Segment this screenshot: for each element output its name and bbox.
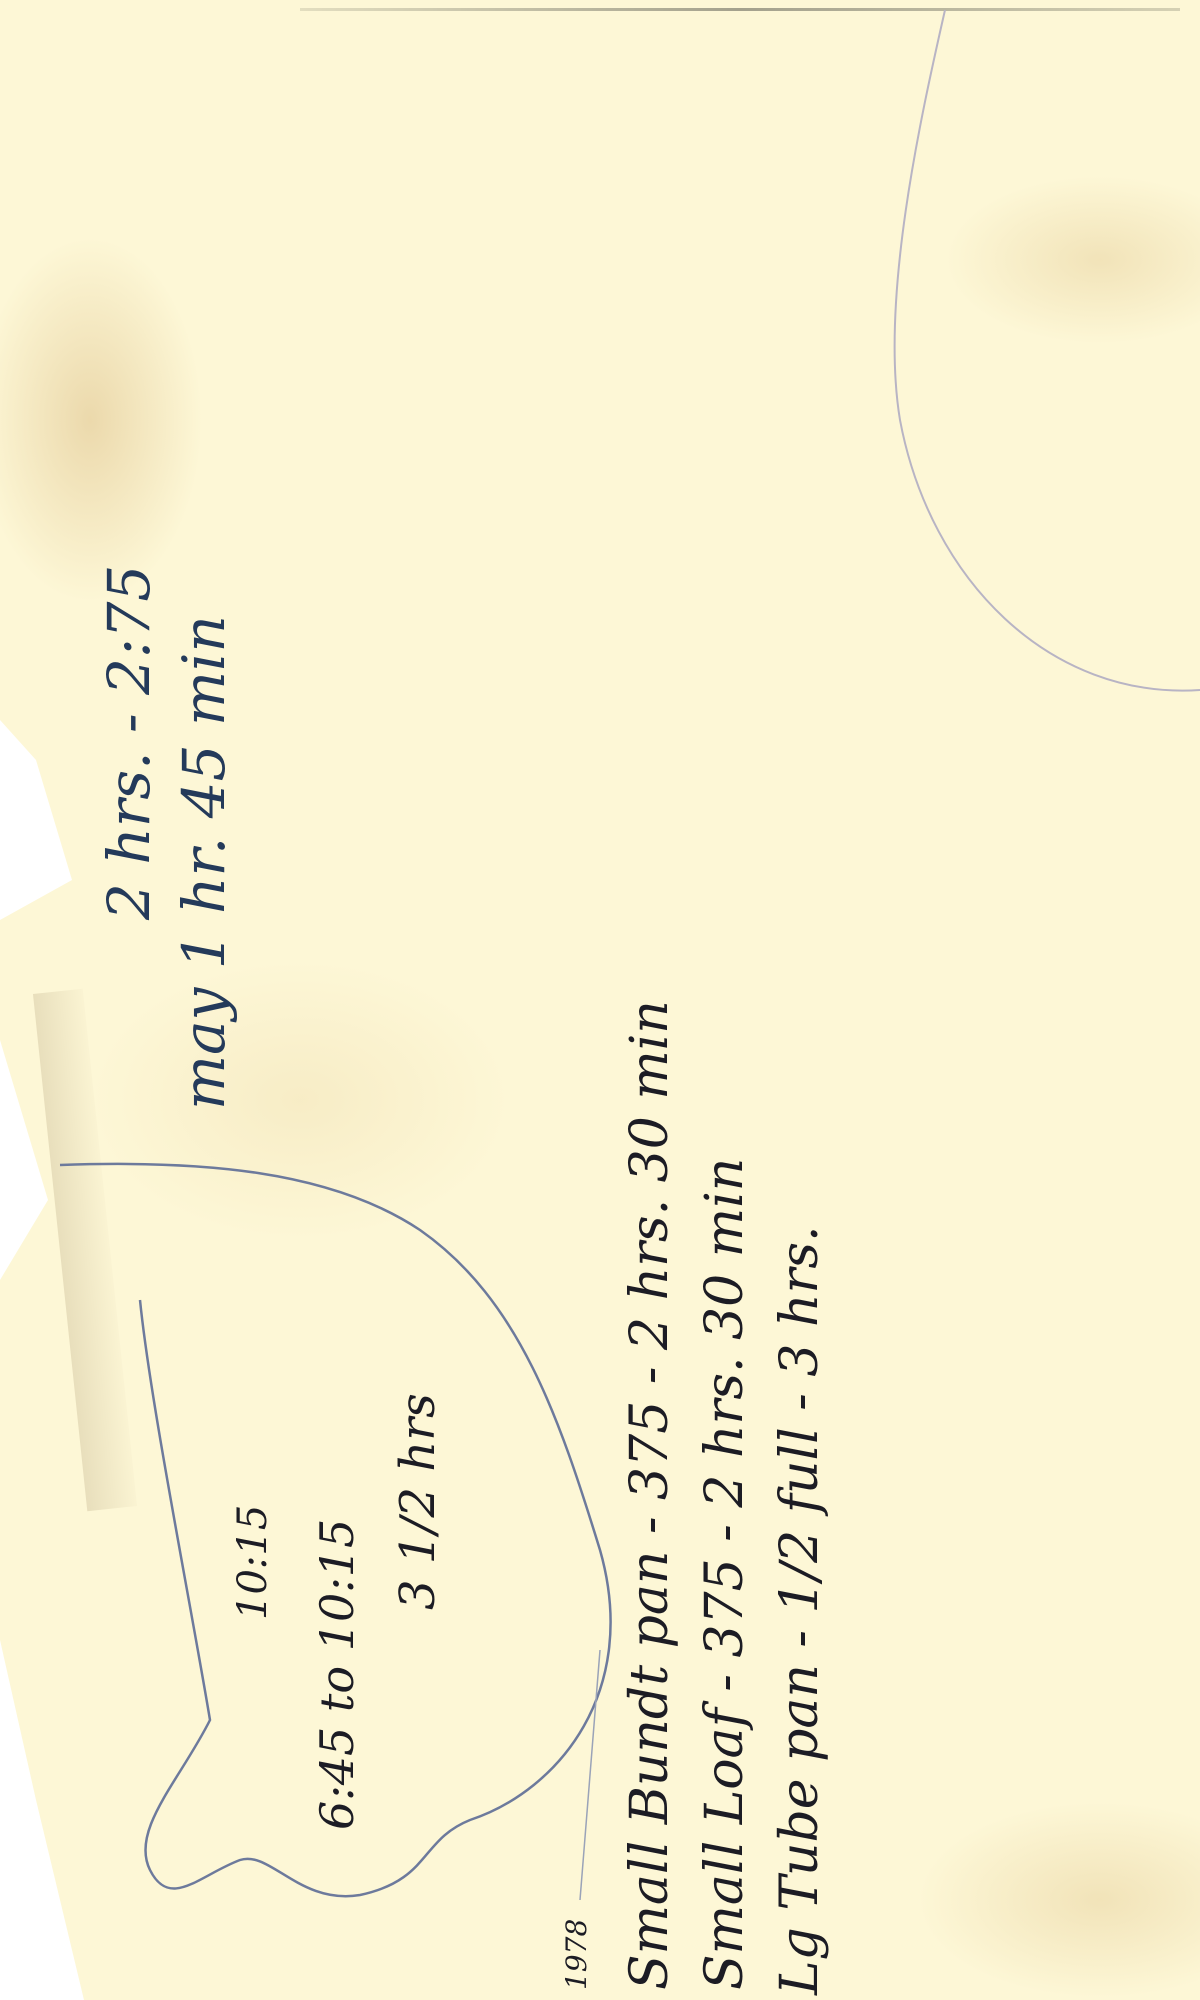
note-line-2hrs: 2 hrs. - 2:75 xyxy=(95,565,163,920)
note-line-may-1hr-45min: may 1 hr. 45 min xyxy=(170,615,238,1110)
note-year: 1978 xyxy=(560,1919,593,1990)
circled-time-range: 6:45 to 10:15 xyxy=(310,1519,364,1830)
item-label: Lg Tube pan - 1/2 full xyxy=(770,1427,830,1995)
item-label: Small Loaf xyxy=(695,1708,755,1990)
paper-top-edge xyxy=(300,8,1180,11)
item-temp: 375 xyxy=(620,1401,680,1500)
list-item: Small Bundt pan - 375 - 2 hrs. 30 min xyxy=(620,1000,680,1990)
circled-time-start: 10:15 xyxy=(230,1505,276,1620)
list-item: Lg Tube pan - 1/2 full - 3 hrs. xyxy=(770,1225,830,1995)
circled-duration: 3 1/2 hrs xyxy=(390,1393,446,1610)
list-item: Small Loaf - 375 - 2 hrs. 30 min xyxy=(695,1158,755,1990)
item-temp: 375 xyxy=(695,1558,755,1657)
item-time: 3 hrs. xyxy=(770,1225,830,1376)
item-time: 2 hrs. 30 min xyxy=(620,1000,680,1350)
item-label: Small Bundt pan xyxy=(620,1551,680,1990)
item-time: 2 hrs. 30 min xyxy=(695,1158,755,1508)
